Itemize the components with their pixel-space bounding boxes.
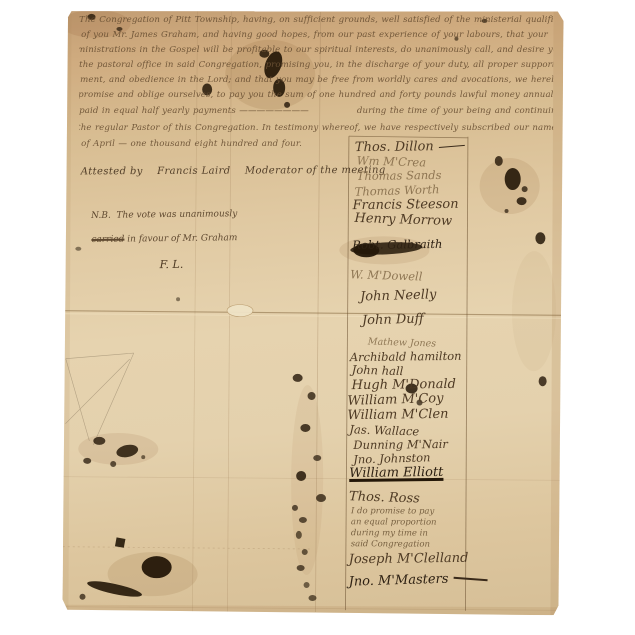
paper-hole <box>227 305 253 317</box>
signature: Robt. Galbraith <box>352 237 442 252</box>
signature-name: Jno. M'Masters <box>348 572 448 590</box>
body-line: the regular Pastor of this Congregation.… <box>79 123 553 133</box>
body-text: The Congregation of Pitt Township, havin… <box>79 15 553 161</box>
promise-note-line: during my time in <box>351 528 428 538</box>
pen-flourish <box>453 576 487 581</box>
body-line: ment, and obedience in the Lord; and tha… <box>80 75 553 85</box>
pencil-sketch <box>65 353 133 445</box>
signature: John Neelly <box>360 287 437 304</box>
body-line: of you Mr. James Graham, and having good… <box>81 30 548 40</box>
pen-flourish <box>439 145 465 148</box>
body-line: of April — one thousand eight hundred an… <box>81 139 302 149</box>
promise-note-line: an equal proportion <box>351 517 437 527</box>
attestation-line: Attested by Francis Laird Moderator of t… <box>81 165 386 178</box>
signature: Mathew Jones <box>368 336 437 349</box>
signature: Joseph M'Clelland <box>349 551 469 567</box>
signature: Henry Morrow <box>354 211 452 229</box>
body-line: The Congregation of Pitt Township, havin… <box>79 15 553 25</box>
signature: Wm M'Crea <box>357 153 427 169</box>
nb-note-line2: in favour of Mr. Graham <box>124 233 237 244</box>
photo-background: The Congregation of Pitt Township, havin… <box>0 0 635 635</box>
nb-struck-word: carried <box>91 235 124 245</box>
signature: William M'Clen <box>347 407 448 423</box>
body-line: the pastoral office in said Congregation… <box>79 60 553 70</box>
signature: Dunning M'Nair <box>353 437 448 452</box>
body-line: promise and oblige ourselves, to pay you… <box>79 90 553 100</box>
signature: W. M'Dowell <box>350 267 423 283</box>
signature: Jas. Wallace <box>349 422 419 438</box>
body-line: ministrations in the Gospel will be prof… <box>79 45 553 55</box>
signature: William Elliott <box>349 465 443 481</box>
signature: John Duff <box>362 312 424 329</box>
signature: Archibald hamilton <box>350 349 462 364</box>
nb-note-line1: N.B. The vote was unanimously <box>91 209 237 221</box>
signature: Thomas Worth <box>354 182 439 199</box>
moderator-initials: F. L. <box>160 258 238 271</box>
promise-note-line: said Congregation <box>351 539 430 549</box>
signature: Thos. Dillon <box>355 139 465 155</box>
signature: Jno. Johnston <box>353 450 431 466</box>
promise-note-line: I do promise to pay <box>351 506 434 516</box>
signature: John hall <box>351 363 403 379</box>
signature: Jno. M'Masters <box>348 570 487 589</box>
signature: Thomas Sands <box>357 168 442 183</box>
nb-note: N.B. The vote was unanimously carried in… <box>74 196 239 296</box>
manuscript-paper: The Congregation of Pitt Township, havin… <box>62 9 563 616</box>
body-line: paid in equal half yearly payments —————… <box>79 106 553 116</box>
signature: Thos. Ross <box>349 489 420 506</box>
